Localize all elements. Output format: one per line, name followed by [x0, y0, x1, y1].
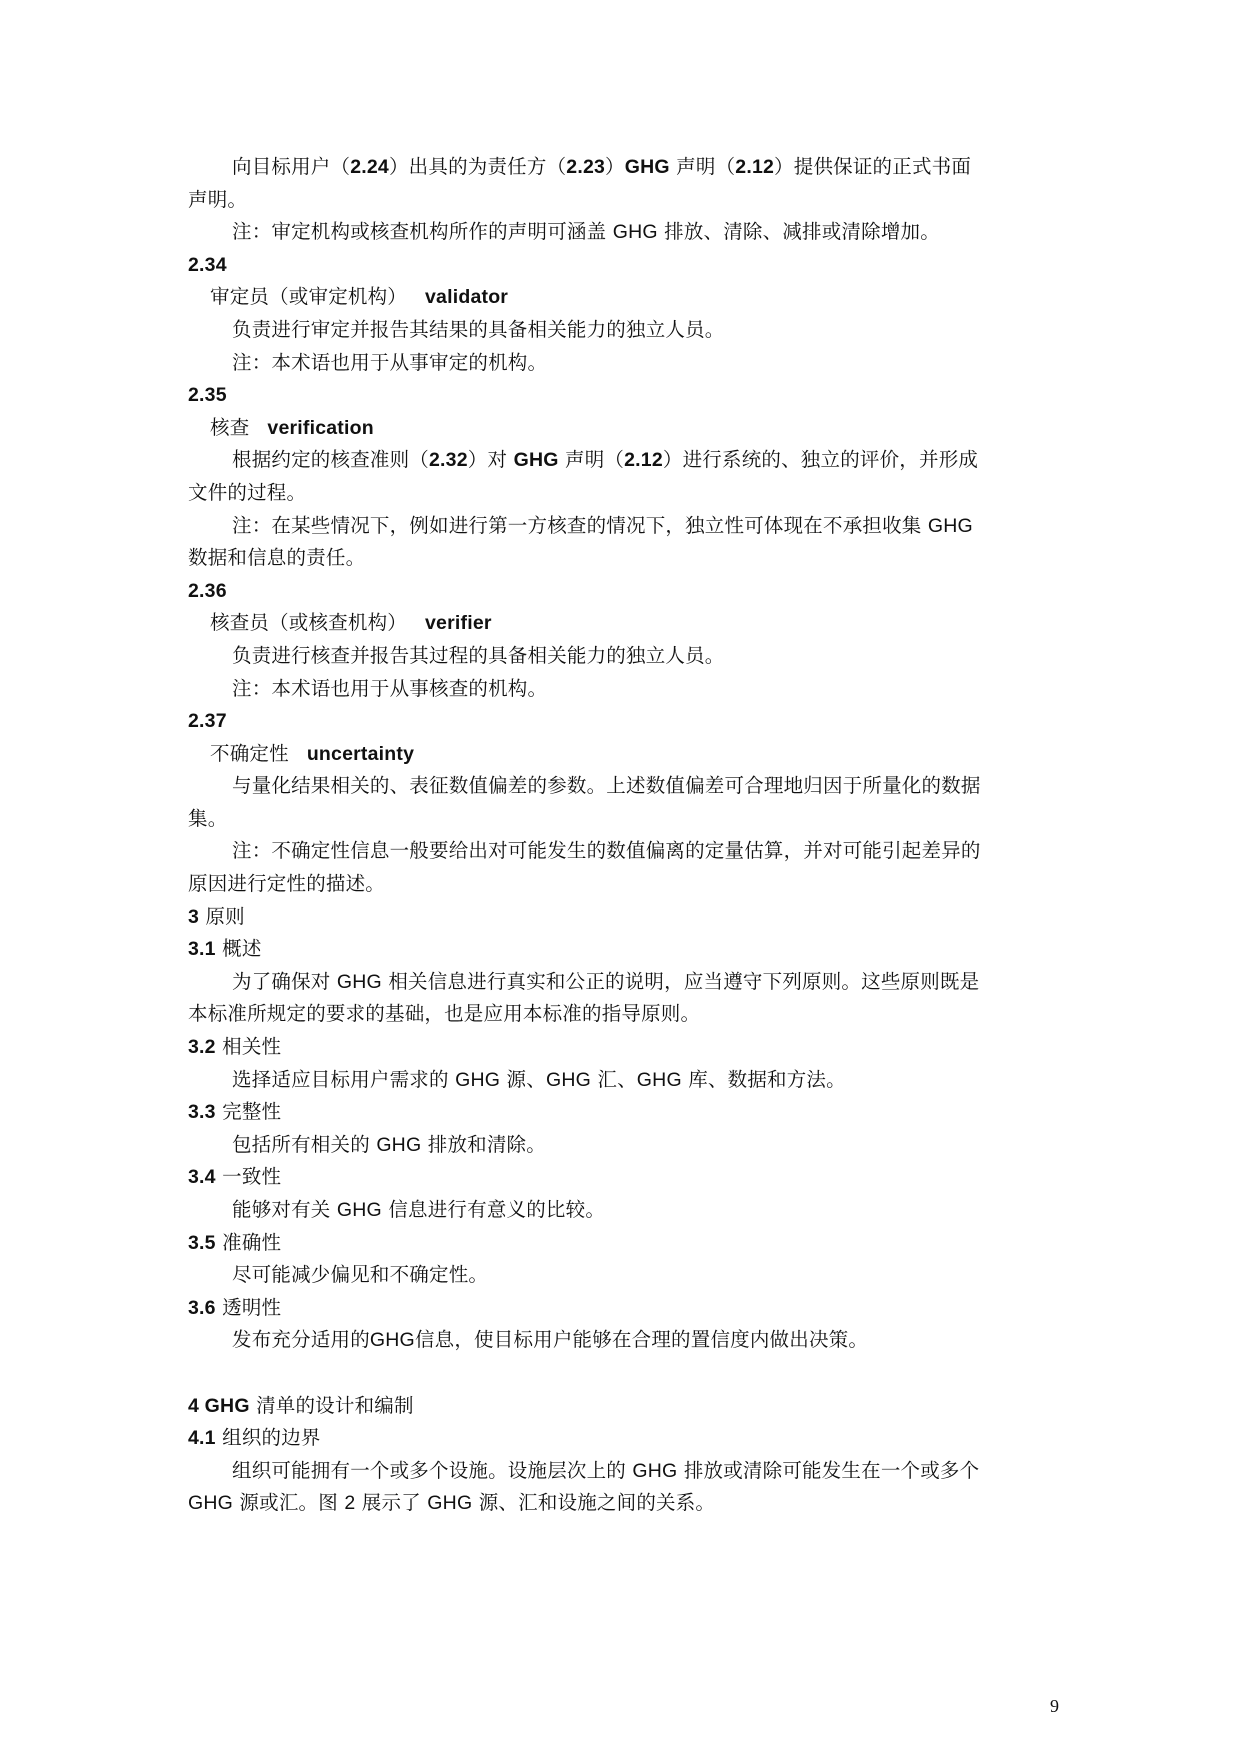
section-title: 清单的设计和编制 [250, 1394, 414, 1417]
paragraph: 向目标用户（2.24）出具的为责任方（2.23）GHG 声明（2.12）提供保证… [188, 151, 1060, 184]
section-heading-4-1: 4.1 组织的边界 [188, 1422, 1060, 1455]
term-heading: 核查verification [188, 412, 1060, 445]
text: 组织可能拥有一个或多个设施。设施层次上的 [232, 1459, 632, 1482]
text: 能够对有关 [232, 1198, 337, 1221]
section-number: 4.1 [188, 1427, 216, 1449]
abbrev: GHG [928, 515, 973, 537]
abbrev: GHG [546, 1069, 591, 1091]
text: ）提供保证的正式书面 [774, 155, 971, 178]
term-en: validator [425, 286, 508, 308]
abbrev: GHG [337, 1199, 382, 1221]
text: 发布充分适用的 [232, 1328, 370, 1351]
paragraph: 尽可能减少偏见和不确定性。 [188, 1259, 1060, 1292]
text: ） [605, 155, 625, 178]
section-number: 3.6 [188, 1297, 216, 1319]
section-title: 一致性 [222, 1165, 281, 1188]
text: 声明（ [670, 155, 736, 178]
abbrev: GHG [376, 1134, 421, 1156]
section-heading-3-3: 3.3 完整性 [188, 1096, 1060, 1129]
term-heading: 不确定性uncertainty [188, 738, 1060, 771]
paragraph: 包括所有相关的 GHG 排放和清除。 [188, 1129, 1060, 1162]
text: 源、汇和设施之间的关系。 [472, 1491, 715, 1514]
section-heading-3-1: 3.1 概述 [188, 933, 1060, 966]
section-title: 组织的边界 [222, 1426, 321, 1449]
text: 为了确保对 [232, 970, 337, 993]
abbrev: GHG [427, 1492, 472, 1514]
note: 注：不确定性信息一般要给出对可能发生的数值偏离的定量估算，并对可能引起差异的 [188, 835, 1060, 868]
definition: 与量化结果相关的、表征数值偏差的参数。上述数值偏差可合理地归因于所量化的数据 [188, 770, 1060, 803]
section-number-2-35: 2.35 [188, 379, 1060, 412]
text: 选择适应目标用户需求的 [232, 1068, 455, 1091]
section-number: 3.5 [188, 1232, 216, 1254]
cross-reference: 2.32 [429, 449, 468, 471]
note: 注：审定机构或核查机构所作的声明可涵盖 GHG 排放、清除、减排或清除增加。 [188, 216, 1060, 249]
paragraph: 为了确保对 GHG 相关信息进行真实和公正的说明，应当遵守下列原则。这些原则既是 [188, 966, 1060, 999]
text: ）进行系统的、独立的评价，并形成 [663, 448, 978, 471]
term-heading: 审定员（或审定机构）validator [188, 281, 1060, 314]
section-number-2-36: 2.36 [188, 575, 1060, 608]
note: 注：在某些情况下，例如进行第一方核查的情况下，独立性可体现在不承担收集 GHG [188, 510, 1060, 543]
text: 源或汇。图 [233, 1491, 344, 1514]
abbrev: GHG [337, 971, 382, 993]
section-heading-3: 3 原则 [188, 901, 1060, 934]
text: 汇、 [591, 1068, 637, 1091]
definition-continuation: 集。 [188, 803, 1060, 836]
figure-reference: 2 [344, 1492, 355, 1514]
cross-reference: 2.23 [566, 156, 605, 178]
text: 展示了 [355, 1491, 427, 1514]
section-number-2-34: 2.34 [188, 249, 1060, 282]
abbrev: GHG [632, 1460, 677, 1482]
abbrev: GHG [455, 1069, 500, 1091]
note-continuation: 数据和信息的责任。 [188, 542, 1060, 575]
text: 注：审定机构或核查机构所作的声明可涵盖 [232, 220, 613, 243]
term-en: verifier [425, 612, 492, 634]
paragraph-continuation: GHG 源或汇。图 2 展示了 GHG 源、汇和设施之间的关系。 [188, 1487, 1060, 1520]
paragraph: 发布充分适用的GHG信息，使目标用户能够在合理的置信度内做出决策。 [188, 1324, 1060, 1357]
cross-reference: 2.12 [735, 156, 774, 178]
section-number: 3.2 [188, 1036, 216, 1058]
abbrev: GHG [613, 221, 658, 243]
abbrev: GHG [514, 449, 559, 471]
text: 排放和清除。 [421, 1133, 546, 1156]
note: 注：本术语也用于从事核查的机构。 [188, 673, 1060, 706]
section-title: 透明性 [222, 1296, 281, 1319]
note-continuation: 原因进行定性的描述。 [188, 868, 1060, 901]
term-zh: 核查员（或核查机构） [210, 611, 407, 634]
paragraph: 组织可能拥有一个或多个设施。设施层次上的 GHG 排放或清除可能发生在一个或多个 [188, 1455, 1060, 1488]
definition: 负责进行审定并报告其结果的具备相关能力的独立人员。 [188, 314, 1060, 347]
text: 源、 [500, 1068, 546, 1091]
term-en: verification [267, 417, 373, 439]
text: 包括所有相关的 [232, 1133, 376, 1156]
cross-reference: 2.24 [350, 156, 389, 178]
text: 声明。 [188, 188, 247, 211]
abbrev: GHG [370, 1329, 415, 1351]
section-number-2-37: 2.37 [188, 705, 1060, 738]
text: 注：在某些情况下，例如进行第一方核查的情况下，独立性可体现在不承担收集 [232, 514, 928, 537]
paragraph-continuation: 声明。 [188, 184, 1060, 217]
section-title: 准确性 [222, 1231, 281, 1254]
document-body: 向目标用户（2.24）出具的为责任方（2.23）GHG 声明（2.12）提供保证… [188, 151, 1060, 1520]
section-title: 原则 [205, 905, 244, 928]
section-title: 完整性 [222, 1100, 281, 1123]
definition: 根据约定的核查准则（2.32）对 GHG 声明（2.12）进行系统的、独立的评价… [188, 444, 1060, 477]
cross-reference: 2.12 [624, 449, 663, 471]
page-number: 9 [1050, 1696, 1059, 1717]
note: 注：本术语也用于从事审定的机构。 [188, 347, 1060, 380]
paragraph-continuation: 本标准所规定的要求的基础，也是应用本标准的指导原则。 [188, 998, 1060, 1031]
text: 信息，使目标用户能够在合理的置信度内做出决策。 [415, 1328, 868, 1351]
section-heading-3-6: 3.6 透明性 [188, 1292, 1060, 1325]
text: ）对 [468, 448, 514, 471]
definition: 负责进行核查并报告其过程的具备相关能力的独立人员。 [188, 640, 1060, 673]
section-heading-4: 4 GHG 清单的设计和编制 [188, 1390, 1060, 1423]
section-number: 3.1 [188, 938, 216, 960]
text: 排放或清除可能发生在一个或多个 [677, 1459, 979, 1482]
term-zh: 核查 [210, 416, 249, 439]
abbrev: GHG [625, 156, 670, 178]
term-en: uncertainty [307, 743, 414, 765]
definition-continuation: 文件的过程。 [188, 477, 1060, 510]
text: 根据约定的核查准则（ [232, 448, 429, 471]
section-title: 概述 [222, 937, 261, 960]
term-zh: 不确定性 [210, 742, 289, 765]
section-heading-3-2: 3.2 相关性 [188, 1031, 1060, 1064]
text: ）出具的为责任方（ [389, 155, 566, 178]
term-heading: 核查员（或核查机构）verifier [188, 607, 1060, 640]
section-number: 3.3 [188, 1101, 216, 1123]
spacer [188, 1357, 1060, 1390]
section-number: 3 [188, 906, 199, 928]
text: 库、数据和方法。 [682, 1068, 846, 1091]
text: 向目标用户（ [232, 155, 350, 178]
section-number: 3.4 [188, 1166, 216, 1188]
paragraph: 选择适应目标用户需求的 GHG 源、GHG 汇、GHG 库、数据和方法。 [188, 1064, 1060, 1097]
text: 声明（ [559, 448, 625, 471]
section-title: 相关性 [222, 1035, 281, 1058]
section-heading-3-5: 3.5 准确性 [188, 1227, 1060, 1260]
section-number: 4 GHG [188, 1395, 250, 1417]
section-heading-3-4: 3.4 一致性 [188, 1161, 1060, 1194]
term-zh: 审定员（或审定机构） [210, 285, 407, 308]
text: 信息进行有意义的比较。 [382, 1198, 605, 1221]
abbrev: GHG [188, 1492, 233, 1514]
abbrev: GHG [637, 1069, 682, 1091]
paragraph: 能够对有关 GHG 信息进行有意义的比较。 [188, 1194, 1060, 1227]
text: 排放、清除、减排或清除增加。 [658, 220, 940, 243]
text: 相关信息进行真实和公正的说明，应当遵守下列原则。这些原则既是 [382, 970, 979, 993]
